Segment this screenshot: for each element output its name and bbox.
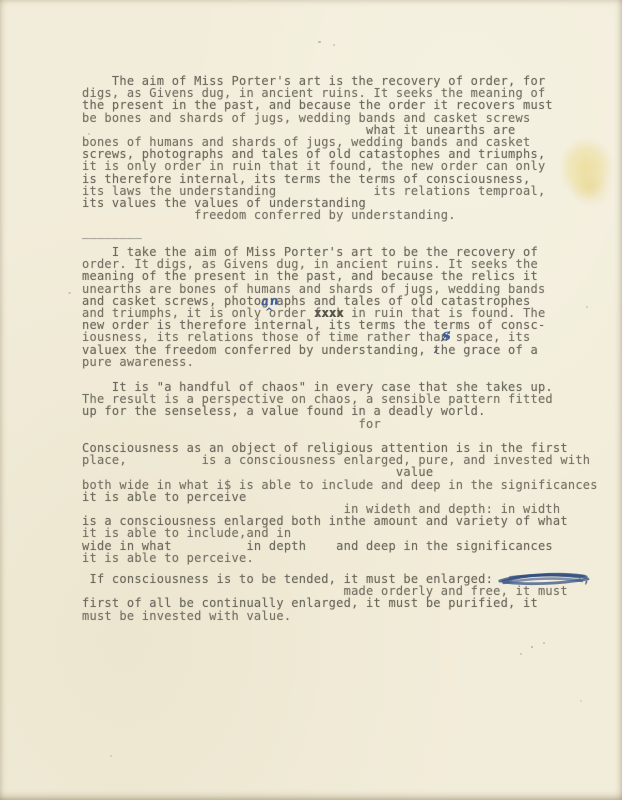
typed-line: it is able to include,and in xyxy=(82,527,598,539)
typed-divider-line: ________ xyxy=(82,226,142,238)
typed-line: bones of humans and shards of jugs, wedd… xyxy=(82,136,553,148)
typed-line: pure awareness. xyxy=(82,356,545,368)
manuscript-page: The aim of Miss Porter's art is the reco… xyxy=(0,0,622,800)
typed-line: order. It digs, as Givens dug, in ancien… xyxy=(82,258,545,270)
paragraph-4: Consciousness as an object of religious … xyxy=(82,442,598,564)
typed-line: for xyxy=(82,418,553,430)
typed-line: is therefore internal, its terms the ter… xyxy=(82,173,553,185)
paper-speck xyxy=(110,755,112,757)
typed-line: in wideth and depth: in width xyxy=(82,503,598,515)
typed-line: its laws the understanding its relations… xyxy=(82,185,553,197)
typed-line: meaning of the present in the past, and … xyxy=(82,270,545,282)
insertion-caret-mark: ^ xyxy=(265,307,273,318)
paper-speck xyxy=(586,306,588,308)
typed-line: The result is a perspective on chaos, a … xyxy=(82,393,553,405)
paper-stain-secondary xyxy=(570,172,610,206)
paper-speck xyxy=(318,41,321,43)
paragraph-3: It is "a handful of chaos" in every case… xyxy=(82,381,553,430)
typed-line: must be invested with value. xyxy=(82,610,590,622)
paper-speck xyxy=(333,44,335,46)
typed-line: place, is a consciousness enlarged, pure… xyxy=(82,454,598,466)
paper-stain xyxy=(560,138,612,198)
typed-line: it is able to perceive. xyxy=(82,552,598,564)
paper-speck xyxy=(580,700,582,702)
paper-speck xyxy=(520,653,522,655)
typed-line: freedom conferred by understanding. xyxy=(82,209,553,221)
typed-line: it is only order in ruin that it found, … xyxy=(82,160,553,172)
typed-line: digs, as Givens dug, in ancient ruins. I… xyxy=(82,87,553,99)
typed-line: both wide in what i$ is able to include … xyxy=(82,479,598,491)
handwritten-comma-mark: , xyxy=(434,340,439,355)
typed-line: valuex the freedom conferred by understa… xyxy=(82,344,545,356)
typed-line: iousness, its relations those of time ra… xyxy=(82,331,545,343)
paper-speck xyxy=(543,642,545,644)
paragraph-1: The aim of Miss Porter's art is the reco… xyxy=(82,75,553,221)
typed-line: first of all be continually enlarged, it… xyxy=(82,597,590,609)
typed-line: unearths are bones of humans and shards … xyxy=(82,283,545,295)
typed-line: up for the senseless, a value found in a… xyxy=(82,405,553,417)
typed-line: wide in what in depth and deep in the si… xyxy=(82,540,598,552)
ink-scribble-redaction xyxy=(496,569,592,589)
paper-speck xyxy=(68,292,71,294)
typed-line: be bones and shards of jugs, wedding ban… xyxy=(82,112,553,124)
typed-line: the present in the past, and because the… xyxy=(82,99,553,111)
typed-overstrike-xxxx: xxxx xyxy=(314,307,344,319)
paper-speck xyxy=(531,646,533,648)
typed-line: value xyxy=(82,466,598,478)
